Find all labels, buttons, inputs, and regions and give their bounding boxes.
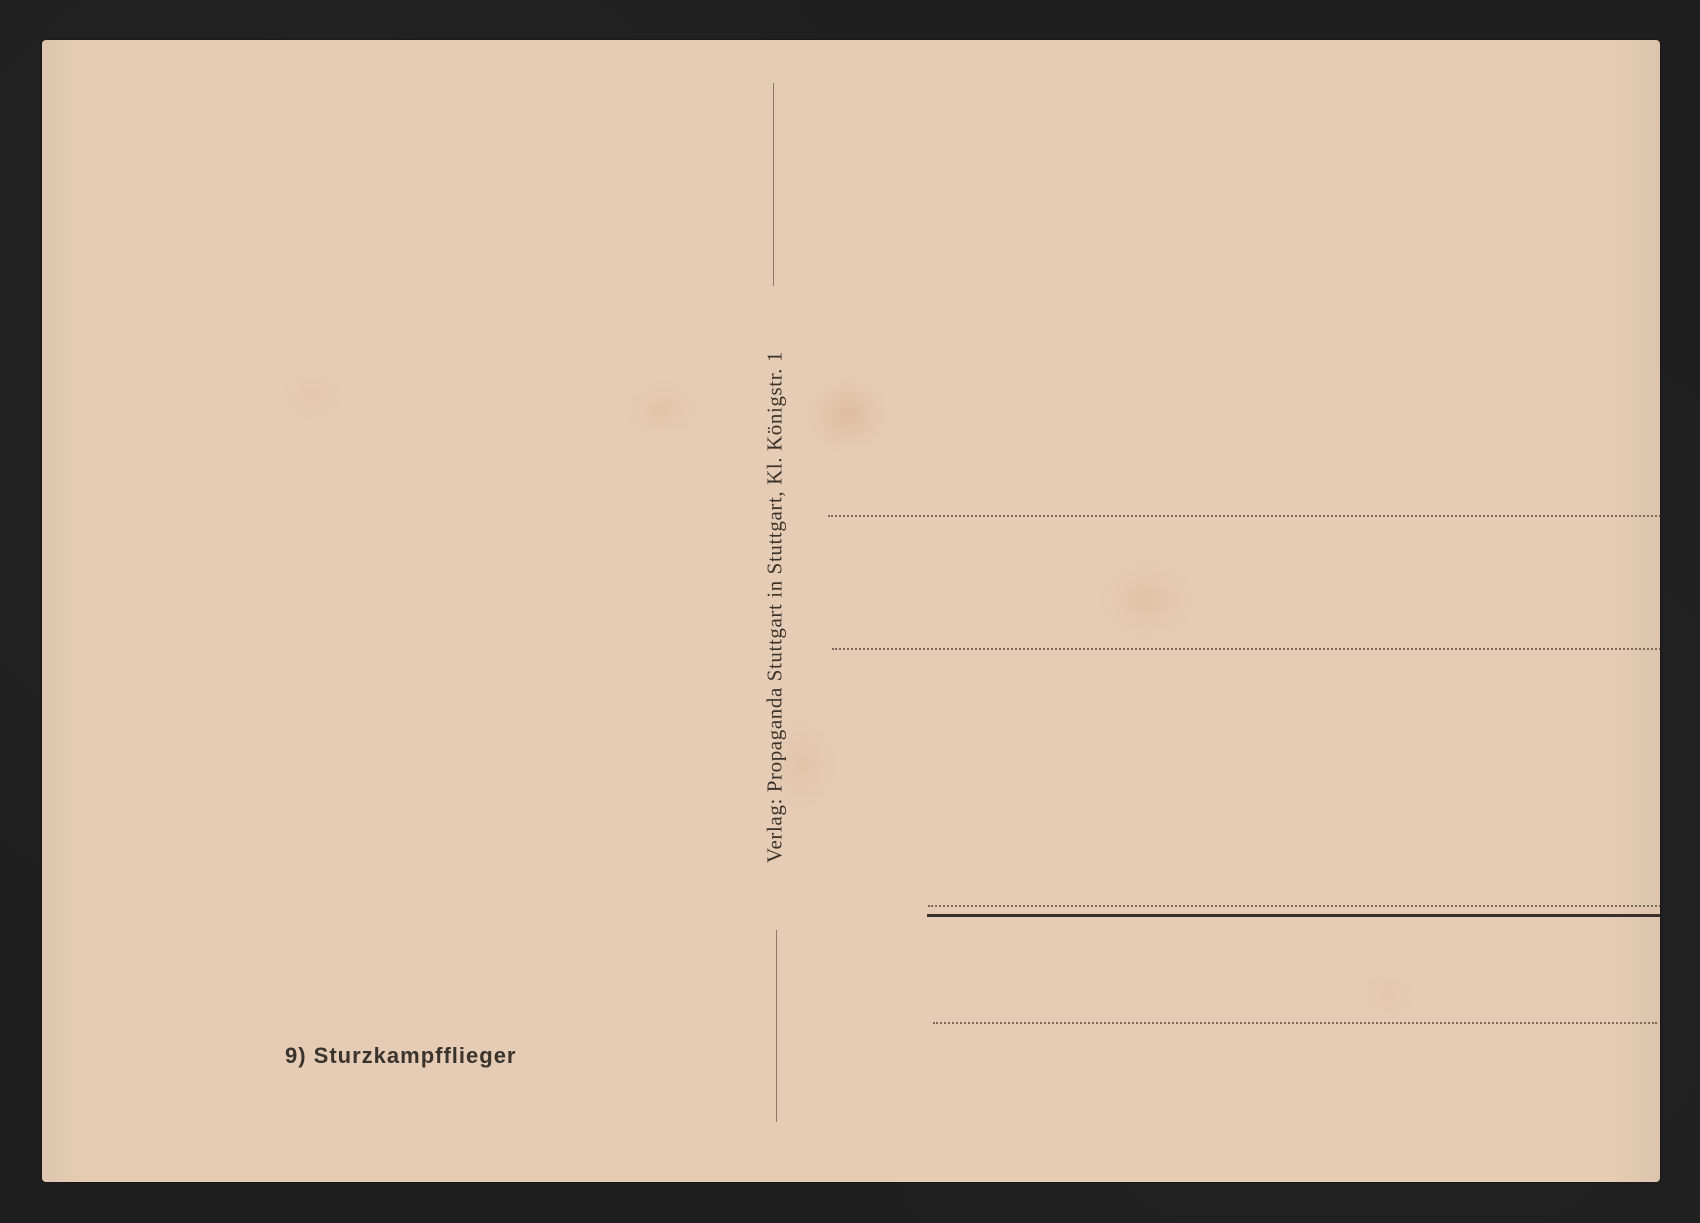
address-line-1 [828, 515, 1660, 517]
center-divider-top [773, 83, 774, 286]
center-divider-bottom [776, 930, 777, 1122]
address-line-3 [928, 905, 1660, 907]
address-line-2 [832, 648, 1660, 650]
address-line-4 [933, 1022, 1657, 1024]
publisher-imprint: Verlag: Propaganda Stuttgart in Stuttgar… [763, 351, 788, 863]
card-caption: 9) Sturzkampfflieger [285, 1043, 517, 1069]
address-underline-solid [927, 914, 1660, 917]
postcard-back [42, 40, 1660, 1182]
